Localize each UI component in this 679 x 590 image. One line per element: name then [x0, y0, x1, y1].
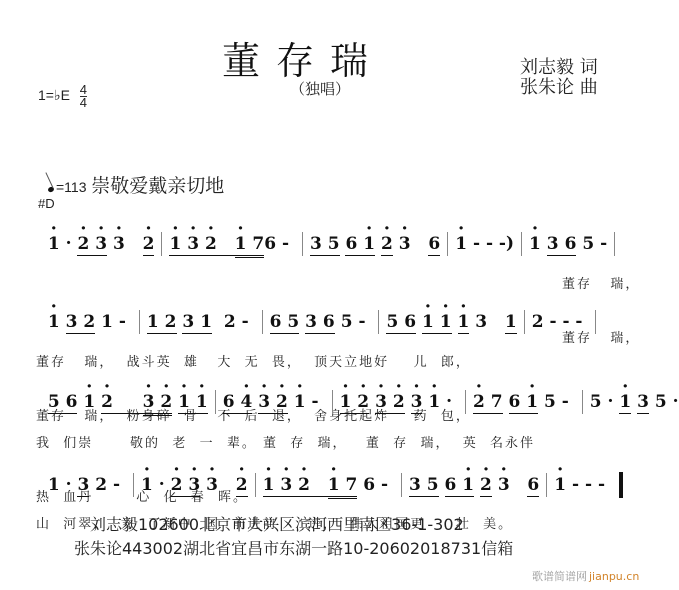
time-signature: 4 4: [80, 84, 87, 109]
barline: [595, 310, 596, 334]
barline: [524, 310, 525, 334]
site-watermark: 歌谱简谱网jianpu.cn: [532, 568, 639, 584]
key-label: 1=♭E: [38, 87, 70, 103]
composer-credit: 张朱论 曲: [520, 78, 598, 98]
expression-text: 崇敬爱戴亲切地: [91, 175, 224, 197]
barline: [302, 232, 303, 256]
notation-row-1: 1 · 2 3 3 21 3 2 1 76 - 3 5 6 1 2 3 61 -…: [36, 212, 622, 256]
watermark-site-name: 歌谱简谱网: [532, 570, 587, 583]
composer-address: 张朱论443002湖北省宜昌市东湖一路10-20602018731信箱: [74, 537, 513, 561]
final-barline: [619, 472, 623, 498]
barline: [582, 390, 583, 414]
barline: [161, 232, 162, 256]
barline: [447, 232, 448, 256]
quarter-note-icon: [47, 186, 55, 193]
song-title: 董存瑞: [222, 30, 384, 85]
tempo-bpm: =113: [56, 179, 87, 195]
lyric-verse-1: 我 们崇 敬的 老 一 辈。 董 存 瑞， 董 存 瑞， 英 名永伴: [36, 435, 535, 453]
barline: [546, 473, 547, 497]
time-denominator: 4: [80, 97, 87, 109]
lyricist-address: 刘志毅102600北京市大兴区滨河西里南区36-1-302: [90, 513, 513, 537]
note: 1: [48, 234, 60, 254]
credits: 刘志毅 词 张朱论 曲: [520, 58, 598, 98]
watermark-url[interactable]: jianpu.cn: [589, 570, 639, 583]
barline: [521, 232, 522, 256]
key-signature: 1=♭E 4 4: [38, 84, 87, 109]
lyricist-credit: 刘志毅 词: [520, 58, 598, 78]
song-subtitle: （独唱）: [290, 78, 350, 99]
modulation-mark: #D: [38, 196, 55, 211]
contact-footer: 刘志毅102600北京市大兴区滨河西里南区36-1-302 张朱论443002湖…: [90, 513, 513, 561]
tempo-marking: =113 崇敬爱戴亲切地: [48, 171, 224, 198]
